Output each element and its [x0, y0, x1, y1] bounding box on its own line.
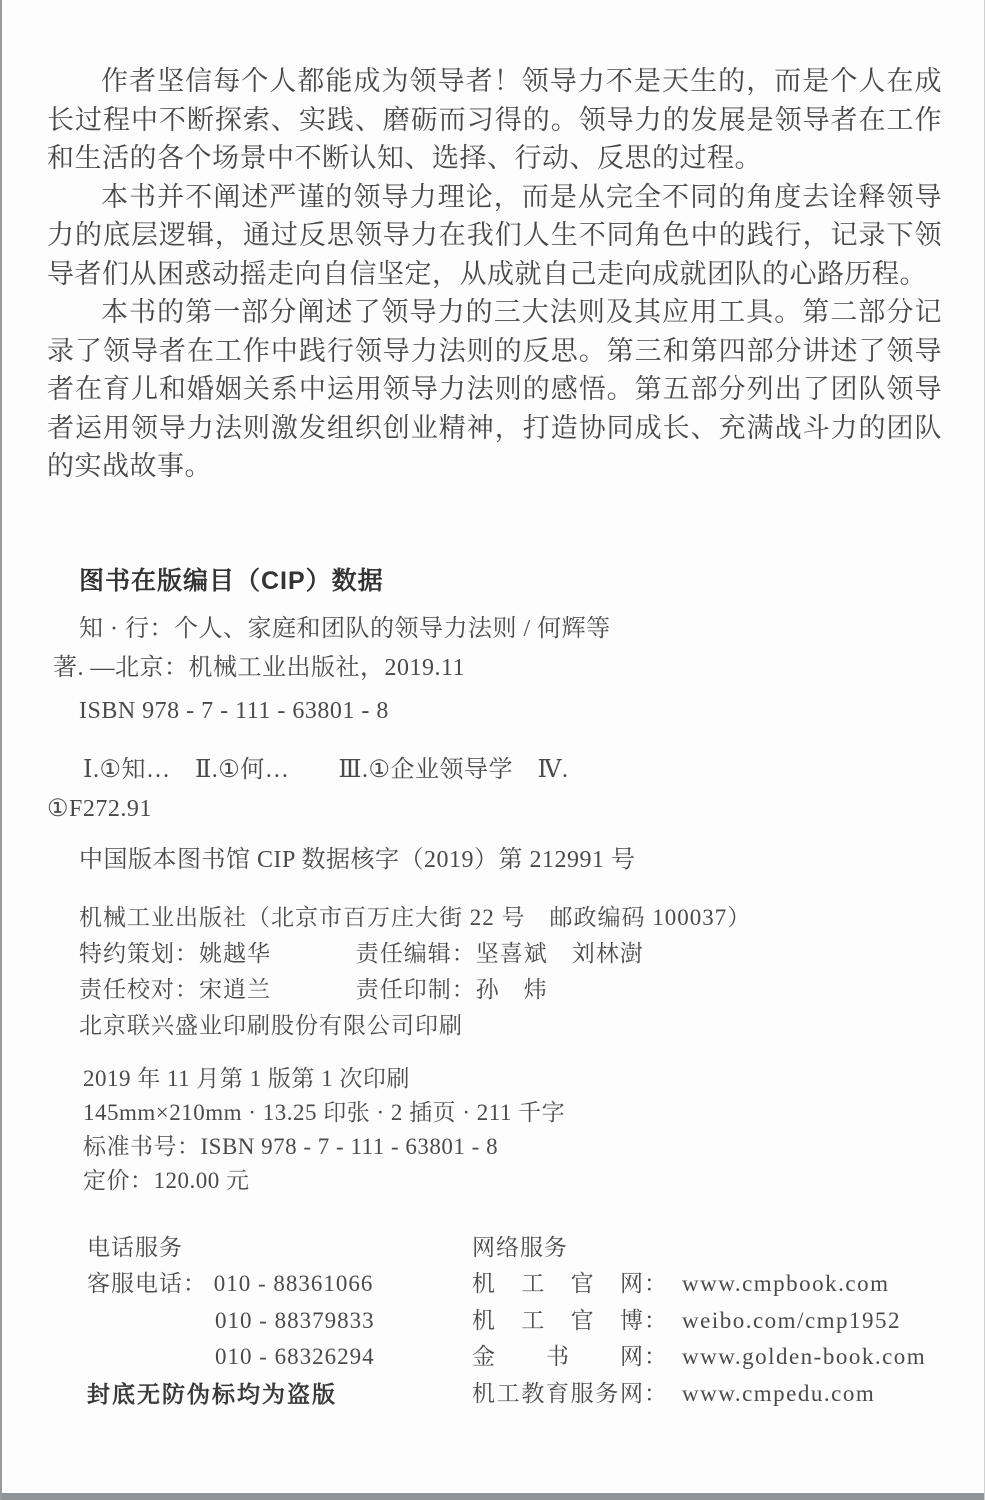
cip-registry-line: 中国版本图书馆 CIP 数据核字（2019）第 212991 号	[47, 841, 942, 880]
proofreader-credit: 责任校对：宋逍兰	[79, 972, 349, 1008]
cip-isbn-line: ISBN 978 - 7 - 111 - 63801 - 8	[47, 692, 942, 731]
network-site-url: www.cmpbook.com	[682, 1271, 890, 1296]
cip-data-section: 图书在版编目（CIP）数据 知 · 行：个人、家庭和团队的领导力法则 / 何辉等…	[47, 562, 942, 880]
editorial-staff-line-2: 责任校对：宋逍兰 责任印制：孙 炜	[47, 972, 942, 1008]
print-supervisor-credit: 责任印制：孙 炜	[356, 977, 548, 1002]
page-content: 作者坚信每个人都能成为领导者！领导力不是天生的，而是个人在成长过程中不断探索、实…	[2, 0, 984, 1412]
book-copyright-page: 作者坚信每个人都能成为领导者！领导力不是天生的，而是个人在成长过程中不断探索、实…	[0, 0, 985, 1500]
network-site-url: www.golden-book.com	[682, 1344, 926, 1369]
cip-entry-line-1: 知 · 行：个人、家庭和团队的领导力法则 / 何辉等	[47, 610, 942, 649]
network-service-row: 金书网：www.golden-book.com	[472, 1339, 942, 1376]
price-line: 定价：120.00 元	[47, 1164, 942, 1198]
special-planning-credit: 特约策划：姚越华	[79, 936, 349, 972]
customer-phone-label: 客服电话：	[87, 1271, 207, 1296]
cip-classification-line-2: ①F272.91	[47, 790, 942, 829]
network-label-colon: ：	[644, 1266, 668, 1303]
intro-paragraph-2: 本书并不阐述严谨的领导力理论，而是从完全不同的角度去诠释领导力的底层逻辑，通过反…	[47, 178, 942, 294]
format-line: 145mm×210mm · 13.25 印张 · 2 插页 · 211 千字	[47, 1096, 942, 1130]
phone-service-column: 电话服务 客服电话： 010 - 88361066 010 - 88379833…	[47, 1230, 472, 1413]
network-service-row: 机工教育服务网：www.cmpedu.com	[472, 1376, 942, 1413]
network-site-label: 金书网	[472, 1339, 644, 1376]
print-run-info-section: 2019 年 11 月第 1 版第 1 次印刷 145mm×210mm · 13…	[47, 1062, 942, 1198]
network-site-url: www.cmpedu.com	[682, 1381, 875, 1406]
cip-classification-line-1: Ⅰ.①知… Ⅱ.①何… Ⅲ.①企业领导学 Ⅳ.	[47, 751, 942, 790]
network-label-colon: ：	[644, 1339, 668, 1376]
standard-book-number-line: 标准书号：ISBN 978 - 7 - 111 - 63801 - 8	[47, 1130, 942, 1164]
network-site-url: weibo.com/cmp1952	[682, 1308, 901, 1333]
network-site-label: 机工官博	[472, 1303, 644, 1340]
page-bottom-edge	[2, 1493, 984, 1500]
book-introduction-section: 作者坚信每个人都能成为领导者！领导力不是天生的，而是个人在成长过程中不断探索、实…	[47, 0, 942, 486]
phone-service-heading: 电话服务	[87, 1230, 472, 1267]
customer-phone-number-3: 010 - 68326294	[87, 1339, 472, 1376]
network-service-row: 机工官网：www.cmpbook.com	[472, 1266, 942, 1303]
edition-line: 2019 年 11 月第 1 版第 1 次印刷	[47, 1062, 942, 1096]
network-label-colon: ：	[644, 1303, 668, 1340]
intro-paragraph-3: 本书的第一部分阐述了领导力的三大法则及其应用工具。第二部分记录了领导者在工作中践…	[47, 293, 942, 486]
customer-phone-line: 客服电话： 010 - 88361066	[87, 1266, 472, 1303]
responsible-editor-credit: 责任编辑：坚喜斌 刘林澍	[356, 941, 644, 966]
editorial-staff-line-1: 特约策划：姚越华 责任编辑：坚喜斌 刘林澍	[47, 936, 942, 972]
publisher-address-line: 机械工业出版社（北京市百万庄大街 22 号 邮政编码 100037）	[47, 900, 942, 936]
customer-phone-number-1: 010 - 88361066	[214, 1271, 374, 1296]
network-site-label: 机工教育服务网	[472, 1376, 644, 1413]
network-label-colon: ：	[644, 1376, 668, 1413]
network-service-column: 网络服务 机工官网：www.cmpbook.com 机工官博：weibo.com…	[472, 1230, 942, 1413]
customer-phone-number-2: 010 - 88379833	[87, 1303, 472, 1340]
network-site-label: 机工官网	[472, 1266, 644, 1303]
cip-heading: 图书在版编目（CIP）数据	[47, 562, 942, 600]
network-service-row: 机工官博：weibo.com/cmp1952	[472, 1303, 942, 1340]
network-service-heading: 网络服务	[472, 1230, 942, 1267]
publisher-info-section: 机械工业出版社（北京市百万庄大街 22 号 邮政编码 100037） 特约策划：…	[47, 900, 942, 1044]
services-section: 电话服务 客服电话： 010 - 88361066 010 - 88379833…	[47, 1230, 942, 1413]
intro-paragraph-1: 作者坚信每个人都能成为领导者！领导力不是天生的，而是个人在成长过程中不断探索、实…	[47, 62, 942, 178]
printing-company-line: 北京联兴盛业印刷股份有限公司印刷	[47, 1008, 942, 1044]
cip-entry-line-2: 著. —北京：机械工业出版社，2019.11	[47, 649, 942, 688]
anti-piracy-notice: 封底无防伪标均为盗版	[87, 1376, 472, 1413]
